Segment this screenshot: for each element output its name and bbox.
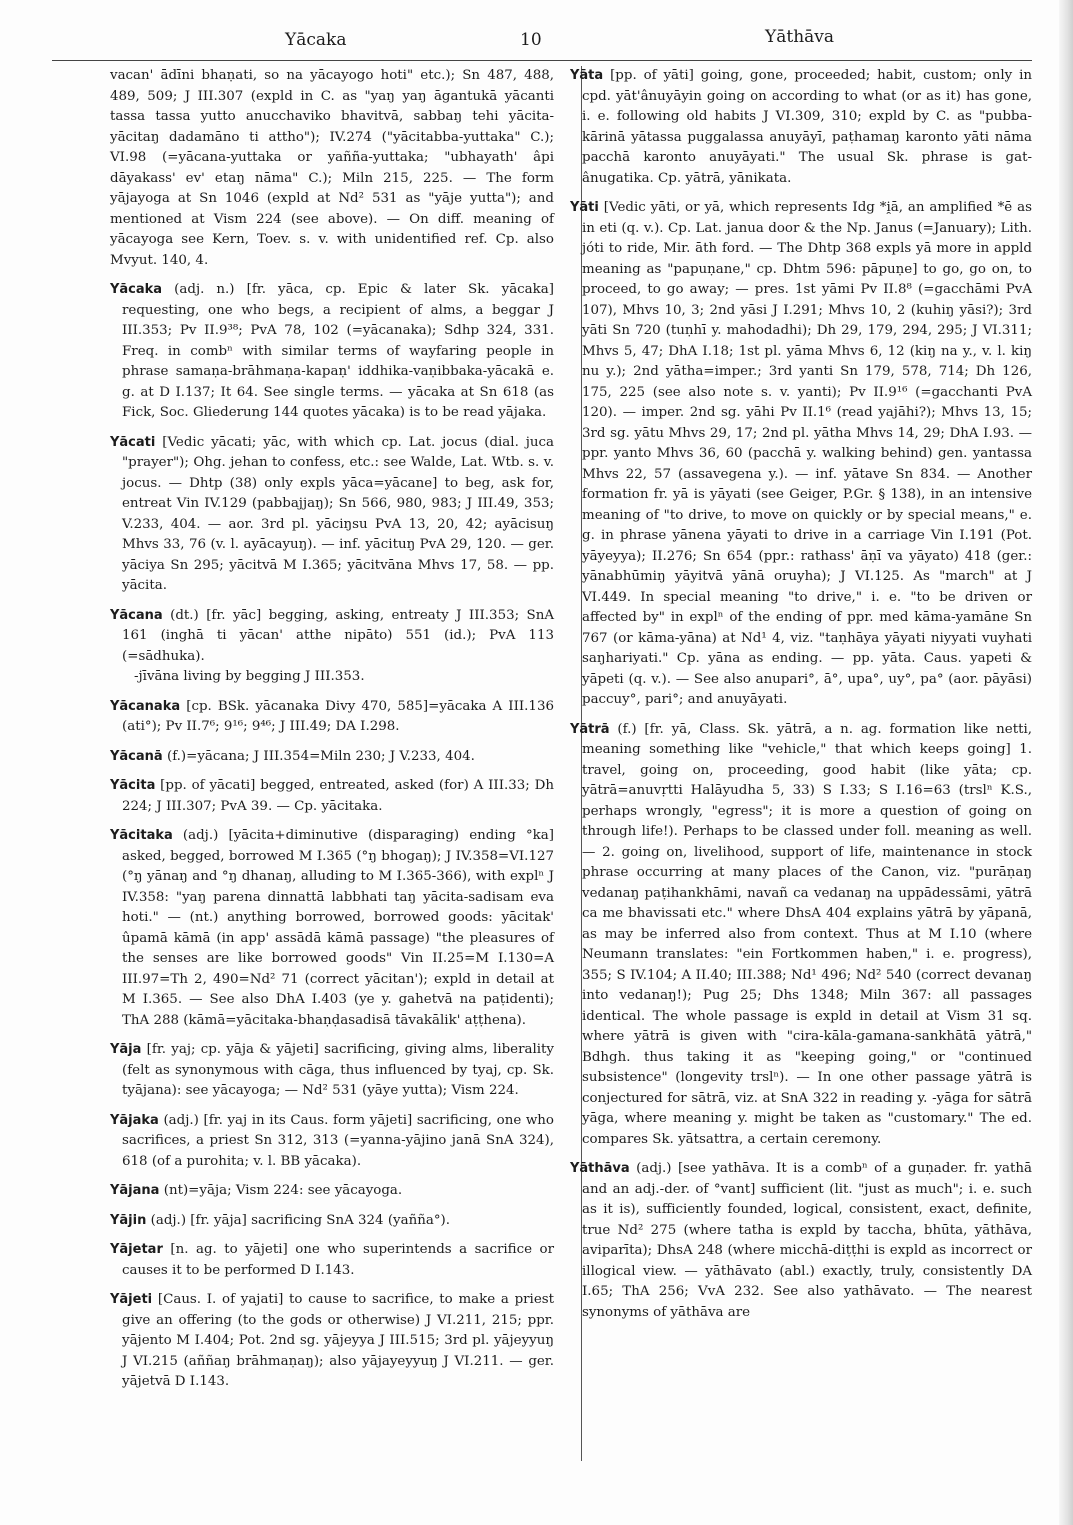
entry-definition: (f.) [fr. yā, Class. Sk. yātrā, a n. ag.… — [582, 722, 1032, 1147]
entry-headword: Yācitaka — [110, 828, 173, 843]
entry-headword: Yājetar — [110, 1242, 163, 1257]
dictionary-entry: Yācanā (f.)=yācana; J III.354=Miln 230; … — [110, 747, 554, 768]
dictionary-entry: Yājaka (adj.) [fr. yaj in its Caus. form… — [110, 1111, 554, 1173]
dictionary-entry: Yājin (adj.) [fr. yāja] sacrificing SnA … — [110, 1211, 554, 1232]
entry-headword: Yātrā — [570, 722, 610, 737]
page-edge-shadow — [1059, 0, 1073, 1525]
dictionary-entry: Yātrā (f.) [fr. yā, Class. Sk. yātrā, a … — [570, 720, 1032, 1151]
entry-headword: Yājin — [110, 1213, 146, 1228]
entry-headword: Yācanā — [110, 749, 163, 764]
entry-headword: Yācati — [110, 435, 155, 450]
dictionary-entry: Yāti [Vedic yāti, or yā, which represent… — [570, 198, 1032, 711]
dictionary-entry: Yācana (dt.) [fr. yāc] begging, asking, … — [110, 606, 554, 688]
dictionary-entry: Yājeti [Caus. I. of yajati] to cause to … — [110, 1290, 554, 1393]
entry-headword: Yājeti — [110, 1292, 152, 1307]
entry-definition: (adj.) [fr. yāja] sacrificing SnA 324 (y… — [151, 1213, 450, 1228]
entry-definition: (dt.) [fr. yāc] begging, asking, entreat… — [122, 608, 554, 664]
header-rule — [52, 60, 1032, 61]
entry-subentry: -jīvāna living by begging J III.353. — [122, 667, 554, 688]
entry-headword: Yāthāva — [570, 1161, 630, 1176]
entry-definition: (adj.) [yācita+diminutive (disparaging) … — [122, 828, 554, 1028]
entry-headword: Yājaka — [110, 1113, 159, 1128]
right-column: Yāta [pp. of yāti] going, gone, proceede… — [570, 66, 1032, 1332]
page-number: 10 — [520, 30, 542, 50]
continued-entry-text: vacan' ādīni bhaṇati, so na yācayogo hot… — [110, 66, 554, 271]
entry-definition: [Vedic yāti, or yā, which represents Idg… — [582, 200, 1032, 707]
entry-headword: Yājana — [110, 1183, 159, 1198]
entry-headword: Yācaka — [110, 282, 162, 297]
entry-definition: [fr. yaj; cp. yāja & yājeti] sacrificing… — [122, 1042, 554, 1098]
dictionary-entry: Yājana (nt)=yāja; Vism 224: see yācayoga… — [110, 1181, 554, 1202]
entry-headword: Yācanaka — [110, 699, 180, 714]
entry-headword: Yācana — [110, 608, 163, 623]
left-entry-list: Yācaka (adj. n.) [fr. yāca, cp. Epic & l… — [110, 280, 554, 1393]
entry-definition: [n. ag. to yājeti] one who superintends … — [122, 1242, 554, 1278]
entry-headword: Yācita — [110, 778, 155, 793]
dictionary-entry: Yājetar [n. ag. to yājeti] one who super… — [110, 1240, 554, 1281]
dictionary-entry: Yāthāva (adj.) [see yathāva. It is a com… — [570, 1159, 1032, 1323]
dictionary-entry: Yācitaka (adj.) [yācita+diminutive (disp… — [110, 826, 554, 1031]
dictionary-entry: Yācita [pp. of yācati] begged, entreated… — [110, 776, 554, 817]
entry-definition: (nt)=yāja; Vism 224: see yācayoga. — [164, 1183, 402, 1198]
entry-definition: [pp. of yāti] going, gone, proceeded; ha… — [582, 68, 1032, 186]
dictionary-entry: Yāja [fr. yaj; cp. yāja & yājeti] sacrif… — [110, 1040, 554, 1102]
entry-definition: (adj. n.) [fr. yāca, cp. Epic & later Sk… — [122, 282, 554, 420]
running-header: Yācaka 10 Yāthāva — [100, 0, 1030, 60]
entry-definition: [Caus. I. of yajati] to cause to sacrifi… — [122, 1292, 554, 1389]
entry-definition: (adj.) [see yathāva. It is a combⁿ of a … — [582, 1161, 1032, 1320]
entry-definition: (adj.) [fr. yaj in its Caus. form yājeti… — [122, 1113, 554, 1169]
entry-definition: [Vedic yācati; yāc, with which cp. Lat. … — [122, 435, 554, 594]
entry-definition: (f.)=yācana; J III.354=Miln 230; J V.233… — [167, 749, 475, 764]
dictionary-entry: Yācanaka [cp. BSk. yācanaka Divy 470, 58… — [110, 697, 554, 738]
left-guide-word: Yācaka — [285, 30, 346, 50]
left-column: vacan' ādīni bhaṇati, so na yācayogo hot… — [110, 66, 554, 1402]
entry-headword: Yāja — [110, 1042, 141, 1057]
entry-headword: Yāta — [570, 68, 603, 83]
entry-definition: [cp. BSk. yācanaka Divy 470, 585]=yācaka… — [122, 699, 554, 735]
dictionary-entry: Yācati [Vedic yācati; yāc, with which cp… — [110, 433, 554, 597]
entry-definition: [pp. of yācati] begged, entreated, asked… — [122, 778, 554, 814]
right-guide-word: Yāthāva — [765, 27, 834, 47]
dictionary-entry: Yāta [pp. of yāti] going, gone, proceede… — [570, 66, 1032, 189]
dictionary-entry: Yācaka (adj. n.) [fr. yāca, cp. Epic & l… — [110, 280, 554, 424]
right-entry-list: Yāta [pp. of yāti] going, gone, proceede… — [570, 66, 1032, 1323]
entry-headword: Yāti — [570, 200, 599, 215]
